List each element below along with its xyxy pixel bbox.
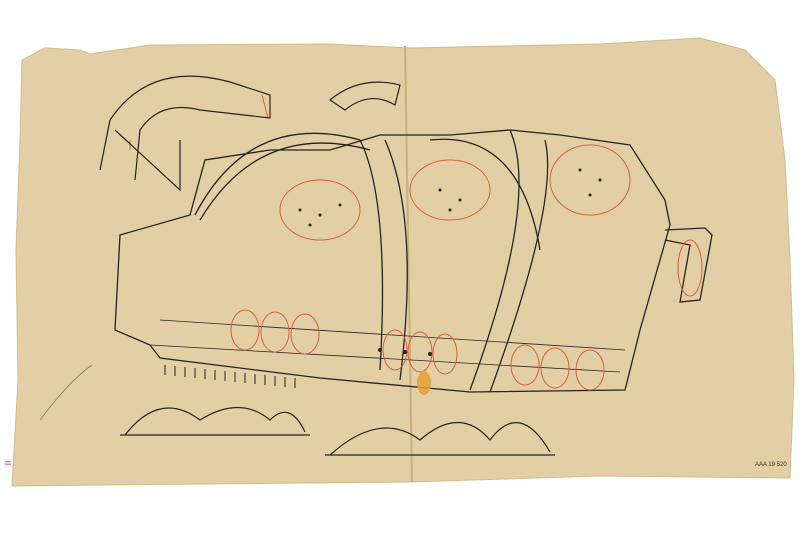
paper-sheet bbox=[12, 38, 794, 486]
stain bbox=[417, 371, 431, 395]
sketch-sheet bbox=[0, 0, 800, 534]
margin-stamp: ||| bbox=[5, 461, 11, 466]
archive-note: AAA 19 520 bbox=[755, 462, 787, 468]
